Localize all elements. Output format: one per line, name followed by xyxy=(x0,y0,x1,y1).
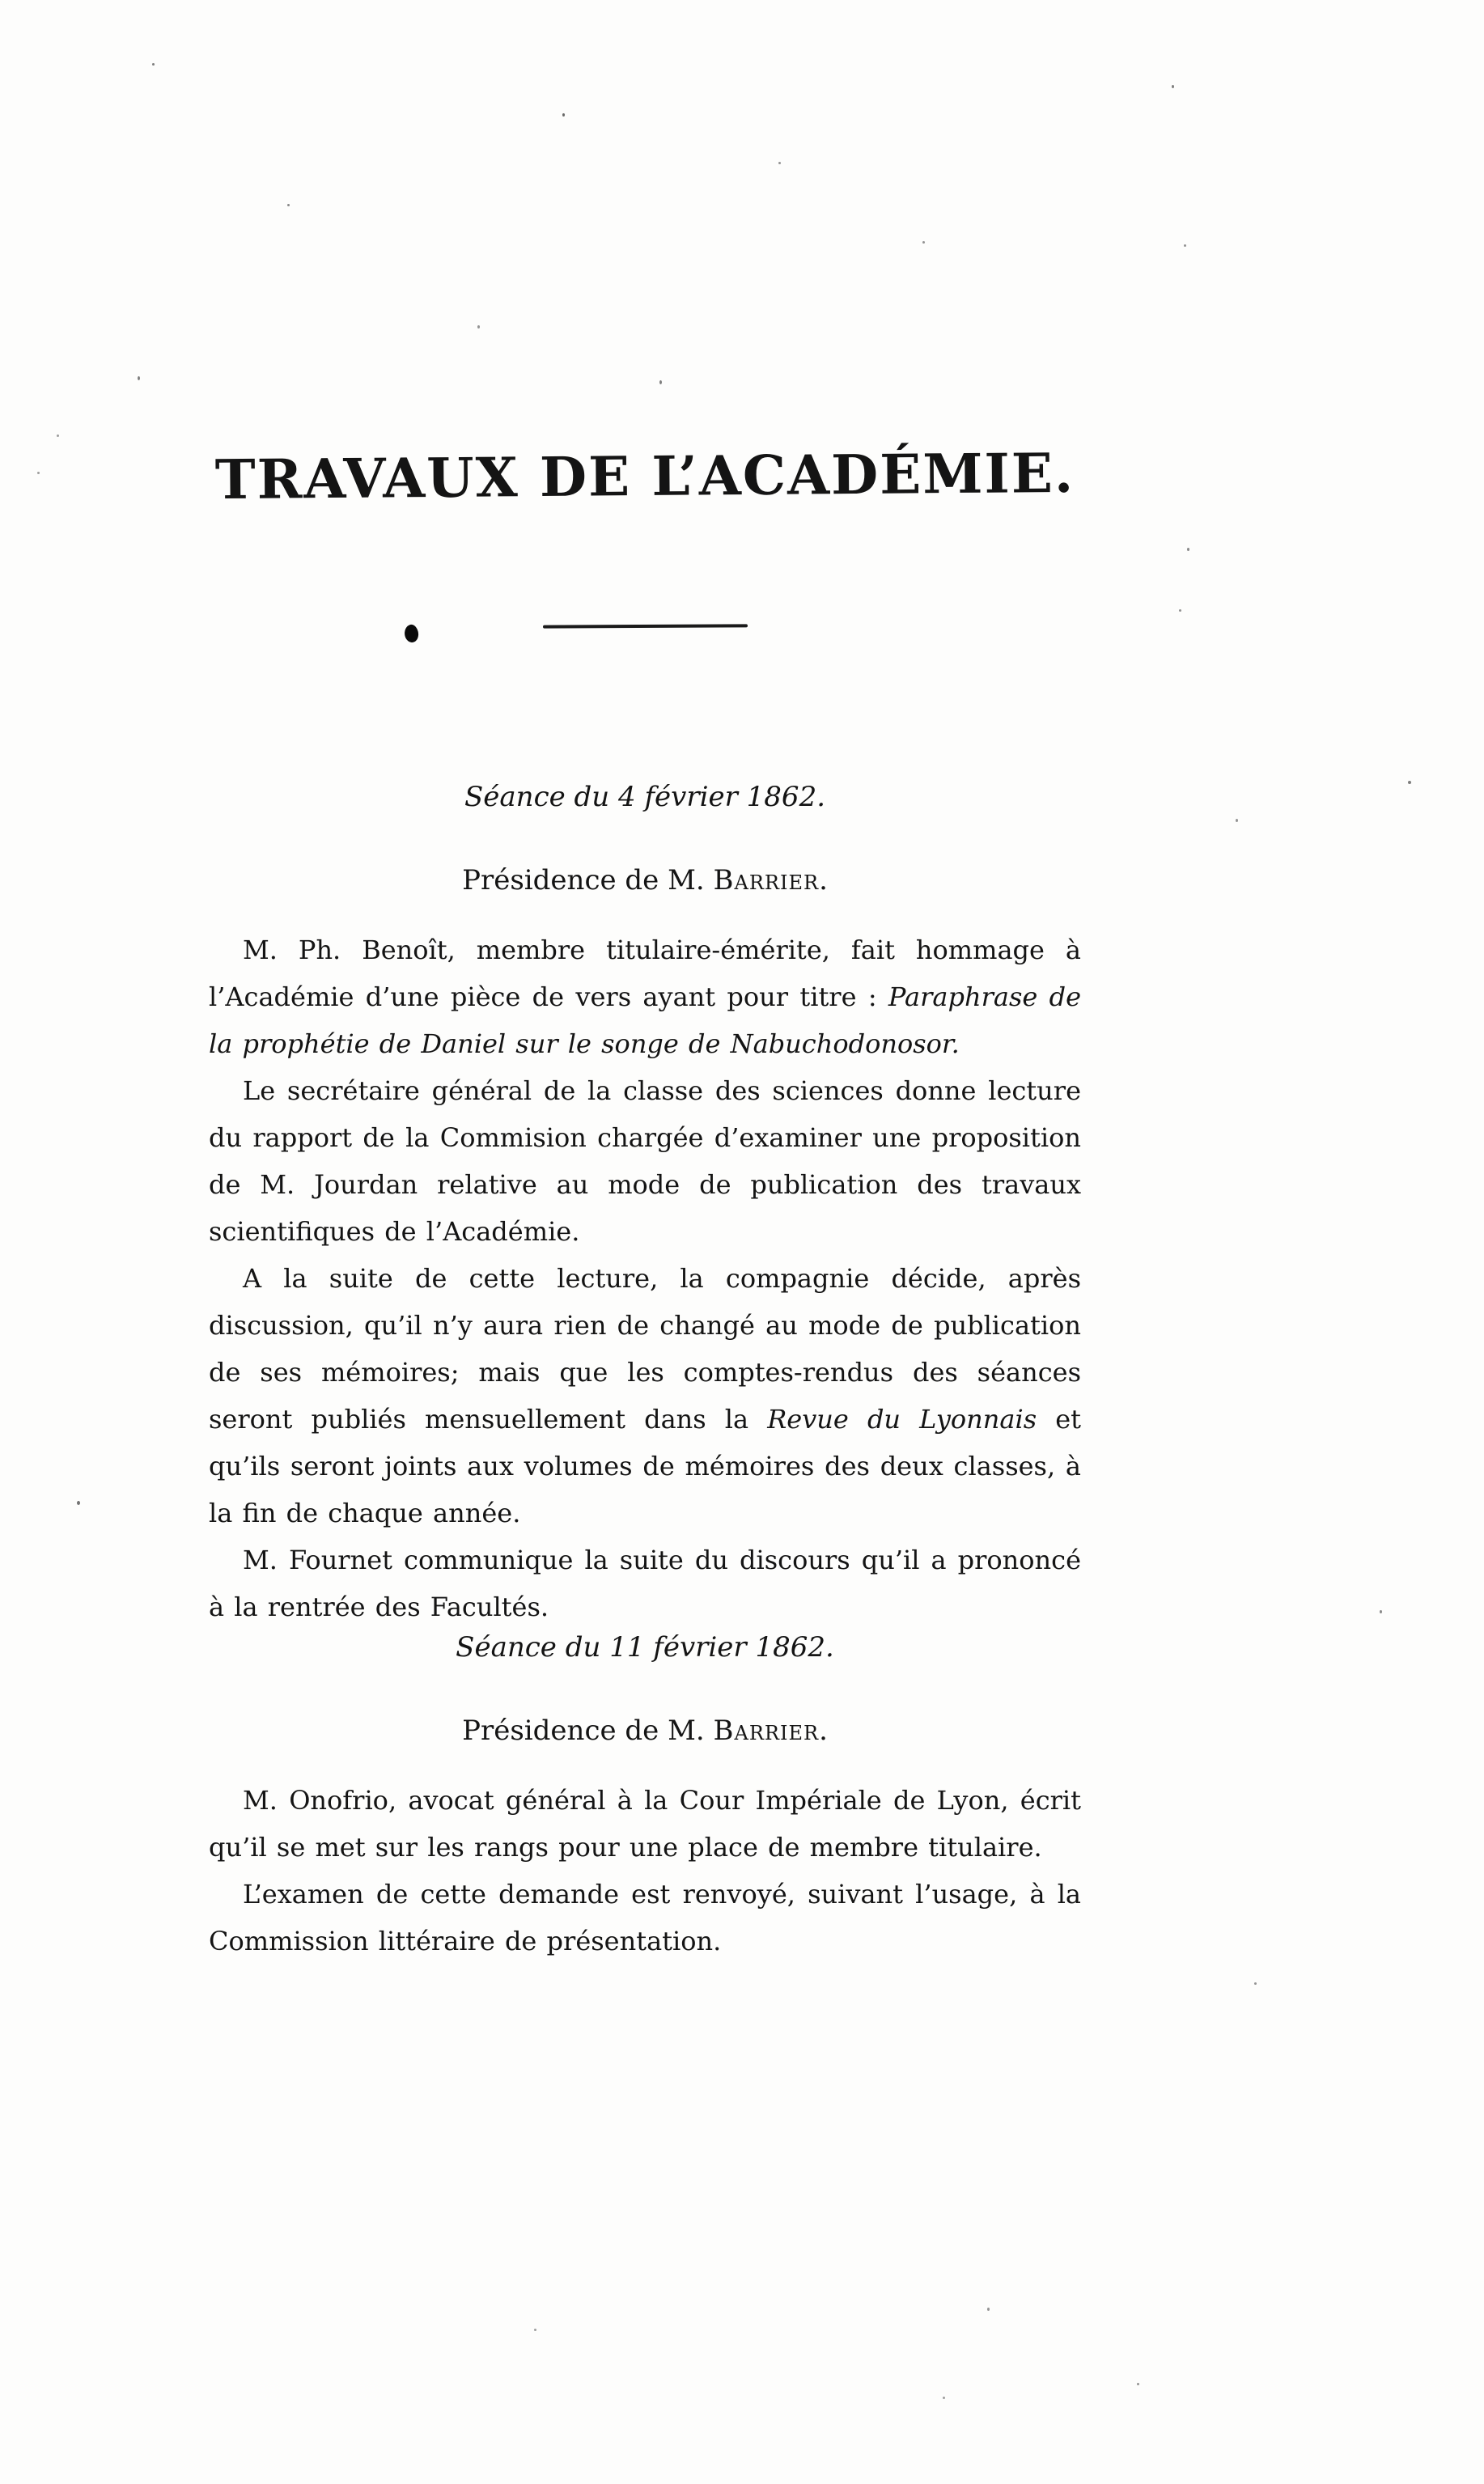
text-segment: Le secrétaire général de la classe des s… xyxy=(209,1075,1081,1247)
presidency-prefix: Présidence de M. xyxy=(462,864,713,897)
text-segment: L’examen de cette demande est renvoyé, s… xyxy=(209,1879,1081,1956)
scan-speck xyxy=(1172,85,1174,88)
session-1-heading: Séance du 4 février 1862. xyxy=(209,778,1081,816)
session-1-presidency: Présidence de M. Barrier. xyxy=(209,862,1081,899)
scan-speck xyxy=(562,113,565,117)
president-name: Barrier xyxy=(714,864,820,897)
scan-speck xyxy=(778,162,781,164)
scan-speck xyxy=(1187,548,1189,551)
title-divider-rule xyxy=(543,624,748,628)
scan-speck xyxy=(1179,609,1181,612)
scan-speck xyxy=(922,241,925,244)
scan-speck xyxy=(1137,2383,1139,2385)
president-name: Barrier xyxy=(714,1715,820,1747)
scan-speck xyxy=(1408,781,1411,784)
presidency-suffix: . xyxy=(819,864,828,897)
session-2-presidency: Présidence de M. Barrier. xyxy=(209,1712,1081,1749)
paragraph: L’examen de cette demande est renvoyé, s… xyxy=(209,1871,1081,1965)
paragraph: Le secrétaire général de la classe des s… xyxy=(209,1067,1081,1255)
presidency-suffix: . xyxy=(819,1715,828,1747)
presidency-prefix: Présidence de M. xyxy=(462,1715,713,1747)
text-segment: M. Fournet communique la suite du discou… xyxy=(209,1545,1081,1622)
session-2-heading: Séance du 11 février 1862. xyxy=(209,1629,1081,1666)
ink-blot xyxy=(403,623,421,643)
paragraph: A la suite de cette lecture, la compagni… xyxy=(209,1255,1081,1537)
scan-speck xyxy=(57,434,59,437)
paragraph: M. Ph. Benoît, membre titulaire-émérite,… xyxy=(209,926,1081,1067)
scan-speck xyxy=(37,472,40,474)
scan-speck xyxy=(77,1501,80,1505)
scan-speck xyxy=(152,63,155,66)
scan-speck xyxy=(1184,244,1186,247)
scan-speck xyxy=(987,2308,990,2311)
scan-speck xyxy=(138,376,140,380)
scan-speck xyxy=(287,204,290,206)
scan-speck xyxy=(1236,819,1238,822)
scan-speck xyxy=(659,380,662,384)
scan-speck xyxy=(1254,1982,1257,1985)
text-segment: M. Onofrio, avocat général à la Cour Imp… xyxy=(209,1785,1081,1863)
paragraph: M. Fournet communique la suite du discou… xyxy=(209,1537,1081,1630)
scan-speck xyxy=(943,2397,945,2399)
scan-speck xyxy=(534,2329,536,2331)
italic-text-segment: Revue du Lyonnais xyxy=(767,1404,1037,1435)
page-title: TRAVAUX DE L’ACADÉMIE. xyxy=(193,443,1098,510)
scanned-document-page: TRAVAUX DE L’ACADÉMIE. Séance du 4 févri… xyxy=(0,0,1484,2484)
scan-speck xyxy=(1380,1610,1382,1613)
scan-speck xyxy=(477,325,480,329)
paragraph: M. Onofrio, avocat général à la Cour Imp… xyxy=(209,1777,1081,1871)
